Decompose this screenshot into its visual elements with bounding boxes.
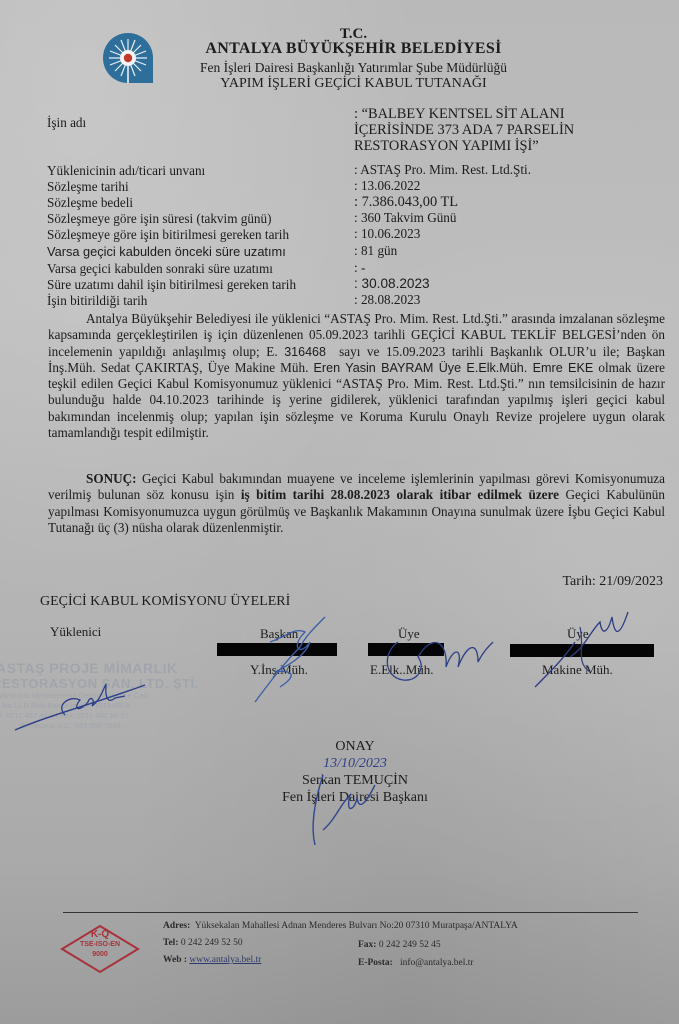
- member1-title: E.Elk..Müh.: [370, 662, 434, 678]
- completion-date-value: : 28.08.2023: [354, 292, 420, 308]
- work-name-line: İÇERİSİNDE 373 ADA 7 PARSELİN: [354, 122, 574, 138]
- contract-date-label: Sözleşme tarihi: [47, 179, 129, 195]
- stamp-line: Zeytinburnu Merkezefendi Değirmenbahçe C…: [0, 691, 180, 701]
- chairman-name-redacted: [217, 643, 337, 656]
- work-duration-label: Sözleşmeye göre işin süresi (takvim günü…: [47, 211, 272, 227]
- extension-after-label: Varsa geçici kabulden sonraki süre uzatı…: [47, 261, 273, 277]
- work-name-line: : “BALBEY KENTSEL SİT ALANI: [354, 106, 574, 122]
- contract-date-value: : 13.06.2022: [354, 178, 420, 194]
- footer-tel: Tel: 0 242 249 52 50: [163, 938, 243, 948]
- member1-role: Üye: [398, 626, 420, 642]
- stamp-line: No:11 D Blok Bahçelievler - İSTANBUL: [2, 701, 180, 711]
- extension-before-label: Varsa geçici kabulden önceki süre uzatım…: [47, 244, 286, 259]
- header-department: Fen İşleri Dairesi Başkanlığı Yatırımlar…: [14, 60, 679, 76]
- extended-end-date-value: : 30.08.2023: [354, 276, 430, 291]
- stamp-line: ASTAŞ PROJE MİMARLIK: [0, 660, 180, 676]
- approver-position: Fen İşleri Dairesi Başkanı: [230, 789, 480, 806]
- commission-title: GEÇİCİ KABUL KOMİSYONU ÜYELERİ: [40, 594, 290, 610]
- planned-end-date-value: : 10.06.2023: [354, 226, 420, 242]
- contractor-role: Yüklenici: [50, 624, 101, 640]
- contractor-stamp: ASTAŞ PROJE MİMARLIK RESTORASYON SAN. LT…: [0, 660, 180, 731]
- web-link[interactable]: www.antalya.bel.tr: [189, 955, 261, 965]
- completion-date-emphasis: iş bitim tarihi 28.08.2023 olarak itibar…: [241, 487, 559, 502]
- stamp-line: RESTORASYON SAN. LTD. ŞTİ.: [0, 676, 180, 691]
- document-number: 316468: [284, 345, 326, 359]
- paragraph-text: E.: [266, 344, 277, 359]
- contract-price-value: : 7.386.043,00 TL: [354, 194, 458, 211]
- member2-role: Üye: [567, 626, 589, 642]
- approver-name: Serkan TEMUÇİN: [230, 772, 480, 789]
- web-label: Web :: [163, 955, 187, 965]
- cert-badge-text: K-Q TSE-ISO-EN 9000: [60, 930, 140, 960]
- fax-value: 0 242 249 52 45: [379, 940, 441, 950]
- cert-line: 9000: [60, 950, 140, 960]
- work-duration-value: : 360 Takvim Günü: [354, 210, 457, 226]
- address-value: Yüksekalan Mahallesi Adnan Menderes Bulv…: [195, 921, 518, 931]
- email-link[interactable]: info@antalya.bel.tr: [400, 958, 474, 968]
- paragraph-text: Eren Yasin BAYRAM Üye E.Elk.Müh. Emre EK…: [314, 361, 594, 375]
- header-organization: ANTALYA BÜYÜKŞEHİR BELEDİYESİ: [14, 40, 679, 58]
- work-name-label: İşin adı: [47, 115, 86, 131]
- work-name-value: : “BALBEY KENTSEL SİT ALANI İÇERİSİNDE 3…: [354, 106, 574, 154]
- footer-fax: Fax: 0 242 249 52 45: [358, 940, 441, 950]
- tel-label: Tel:: [163, 938, 178, 948]
- member1-name-redacted: [368, 643, 444, 656]
- approval-title: ONAY: [230, 738, 480, 755]
- contractor-name-label: Yüklenicinin adı/ticari unvanı: [47, 163, 205, 179]
- work-name-line: RESTORASYON YAPIMI İŞİ”: [354, 138, 574, 154]
- contract-price-label: Sözleşme bedeli: [47, 195, 133, 211]
- chairman-title: Y.İnş.Müh.: [250, 662, 308, 678]
- cert-line: K-Q: [60, 930, 140, 940]
- footer-divider: [63, 912, 638, 913]
- planned-end-date-label: Sözleşmeye göre işin bitirilmesi gereken…: [47, 227, 289, 243]
- chairman-role: Başkan: [260, 626, 298, 642]
- cert-line: TSE-ISO-EN: [60, 940, 140, 950]
- footer-web: Web : www.antalya.bel.tr: [163, 955, 261, 965]
- footer-email: E-Posta: info@antalya.bel.tr: [358, 958, 474, 968]
- conclusion-label: SONUÇ:: [86, 471, 137, 486]
- footer-address: Adres: Yüksekalan Mahallesi Adnan Mender…: [163, 921, 518, 931]
- address-label: Adres:: [163, 921, 190, 931]
- extended-end-date-label: Süre uzatımı dahil işin bitirilmesi gere…: [47, 277, 296, 293]
- email-label: E-Posta:: [358, 958, 393, 968]
- stamp-line: Yenibosna V.D.: 091 055 7668: [20, 721, 180, 731]
- fax-label: Fax:: [358, 940, 376, 950]
- member2-name-redacted: [510, 644, 654, 657]
- tel-value: 0 242 249 52 50: [181, 938, 243, 948]
- stamp-line: Tel: 0212 457 84 94 Fax: 0212 452 86 97: [0, 711, 180, 721]
- extension-before-value: : 81 gün: [354, 243, 397, 259]
- document-title: YAPIM İŞLERİ GEÇİCİ KABUL TUTANAĞI: [14, 76, 679, 92]
- member2-title: Makine Müh.: [542, 662, 613, 678]
- approval-date: 13/10/2023: [230, 755, 480, 772]
- document-date: Tarih: 21/09/2023: [562, 574, 663, 590]
- completion-date-label: İşin bitirildiği tarih: [47, 293, 147, 309]
- contractor-name-value: : ASTAŞ Pro. Mim. Rest. Ltd.Şti.: [354, 162, 531, 178]
- extension-after-value: : -: [354, 260, 365, 276]
- paragraph-inspection: Antalya Büyükşehir Belediyesi ile yüklen…: [48, 311, 665, 441]
- paragraph-conclusion: SONUÇ: Geçici Kabul bakımından muayene v…: [48, 471, 665, 536]
